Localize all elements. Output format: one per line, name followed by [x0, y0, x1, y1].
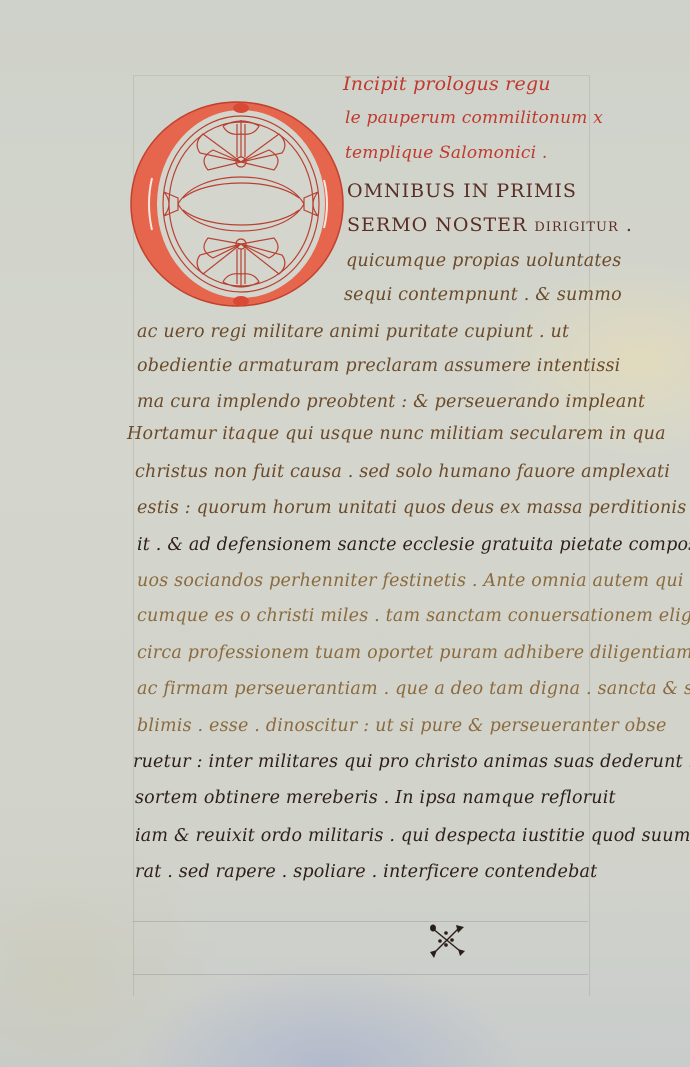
text-line: sequi contempnunt . & summo — [344, 285, 622, 305]
text-line: obedientie armaturam preclaram assumere … — [137, 356, 620, 376]
text-line: ruetur : inter militares qui pro christo… — [133, 752, 690, 772]
text-line: ac firmam perseuerantiam . que a deo tam… — [137, 679, 690, 699]
cross-ornament-icon — [428, 923, 466, 959]
text-line: cumque es o christi miles . tam sanctam … — [137, 606, 690, 626]
text-line: ma cura implendo preobtent : & perseuera… — [137, 392, 645, 412]
initial-ornament-icon — [128, 98, 346, 310]
text-line: sortem obtinere mereberis . In ipsa namq… — [135, 788, 616, 808]
heading-line-1: OMNIBUS IN PRIMIS — [347, 180, 577, 202]
text-line: circa professionem tuam oportet puram ad… — [137, 643, 690, 663]
text-line: it . & ad defensionem sancte ecclesie gr… — [137, 535, 690, 555]
text-line: uos sociandos perhenniter festinetis . A… — [137, 571, 684, 591]
rubric-line-2: le pauperum commilitonum x — [345, 108, 603, 128]
heading-line-2: SERMO NOSTER dirigitur . — [347, 214, 633, 236]
text-line: ac uero regi militare animi puritate cup… — [137, 322, 569, 342]
text-line: christus non fuit causa . sed solo human… — [135, 462, 670, 482]
decorated-initial-o — [128, 98, 346, 310]
text-line: blimis . esse . dinoscitur : ut si pure … — [137, 716, 667, 736]
text-line: estis : quorum horum unitati quos deus e… — [137, 498, 690, 518]
text-line: Hortamur itaque qui usque nunc militiam … — [127, 424, 666, 444]
text-line: quicumque propias uoluntates — [346, 251, 621, 271]
rubric-line-3: templique Salomonici . — [345, 143, 547, 163]
text-line: rat . sed rapere . spoliare . interficer… — [135, 862, 597, 882]
text-line: iam & reuixit ordo militaris . qui despe… — [135, 826, 690, 846]
end-ornament — [428, 923, 466, 959]
rubric-line-1: Incipit prologus regu — [343, 73, 551, 95]
ruling-line — [133, 974, 588, 975]
ruling-line — [133, 921, 588, 922]
